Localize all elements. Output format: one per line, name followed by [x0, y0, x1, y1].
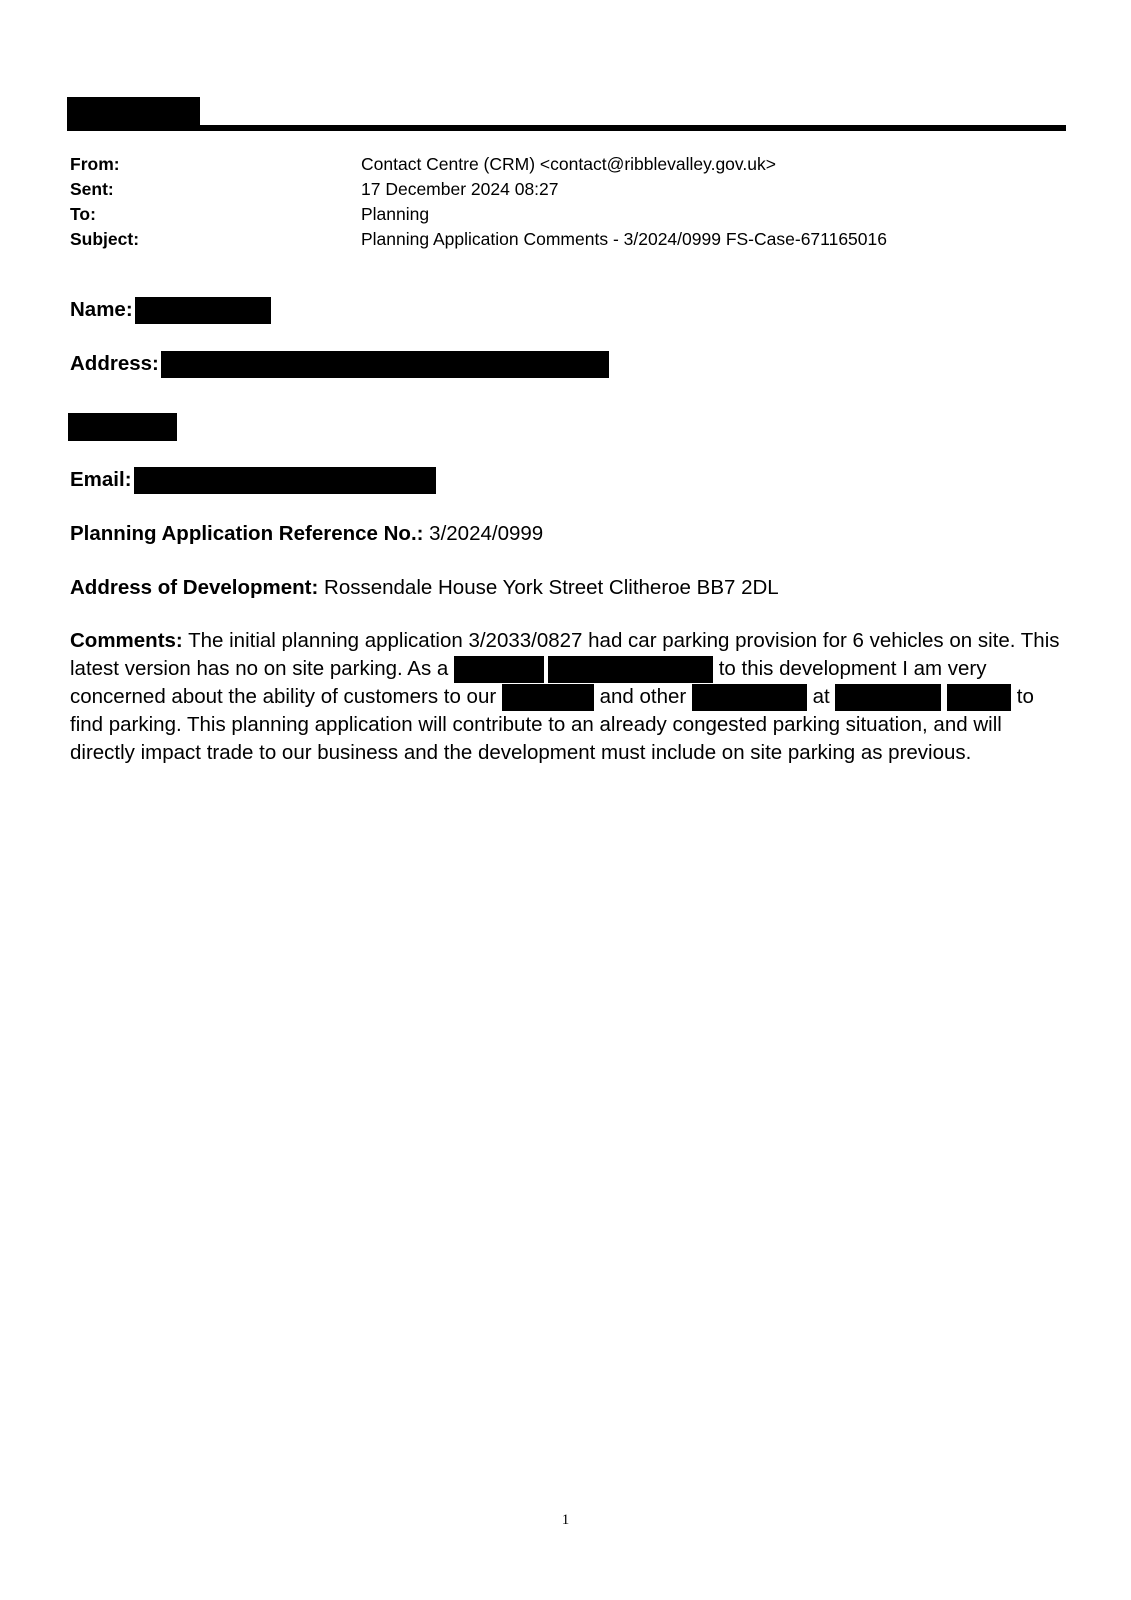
comments-text-4: at — [807, 685, 836, 708]
redacted-email — [134, 467, 436, 494]
redacted-header-block — [67, 97, 200, 127]
comments-field: Comments: The initial planning applicati… — [70, 627, 1060, 767]
address-field: Address: — [70, 350, 609, 378]
redacted-comment-5 — [835, 684, 941, 711]
reference-label: Planning Application Reference No.: — [70, 522, 423, 545]
redacted-address — [161, 351, 609, 378]
comments-text-3: and other — [594, 685, 692, 708]
name-label: Name: — [70, 298, 133, 321]
reference-value: 3/2024/0999 — [423, 522, 543, 545]
address-label: Address: — [70, 352, 159, 375]
name-field: Name: — [70, 296, 271, 324]
header-rule — [67, 125, 1066, 131]
development-value: Rossendale House York Street Clitheroe B… — [318, 576, 778, 599]
email-field: Email: — [70, 466, 436, 494]
redacted-address-line-2 — [68, 413, 177, 441]
redacted-name — [135, 297, 271, 324]
page-number: 1 — [0, 1512, 1131, 1529]
sent-value: 17 December 2024 08:27 — [361, 177, 559, 202]
reference-field: Planning Application Reference No.: 3/20… — [70, 520, 543, 548]
redacted-comment-2 — [548, 656, 713, 683]
redacted-comment-4 — [692, 684, 807, 711]
subject-label: Subject: — [70, 227, 361, 252]
subject-value: Planning Application Comments - 3/2024/0… — [361, 227, 887, 252]
subject-row: Subject: Planning Application Comments -… — [70, 227, 887, 252]
redacted-comment-3 — [502, 684, 594, 711]
from-label: From: — [70, 152, 361, 177]
comments-label: Comments: — [70, 629, 183, 652]
from-row: From: Contact Centre (CRM) <contact@ribb… — [70, 152, 887, 177]
to-value: Planning — [361, 202, 429, 227]
email-label: Email: — [70, 468, 132, 491]
redacted-comment-6 — [947, 684, 1011, 711]
sent-row: Sent: 17 December 2024 08:27 — [70, 177, 887, 202]
email-header: From: Contact Centre (CRM) <contact@ribb… — [70, 152, 887, 252]
to-label: To: — [70, 202, 361, 227]
development-label: Address of Development: — [70, 576, 318, 599]
sent-label: Sent: — [70, 177, 361, 202]
redacted-comment-1 — [454, 656, 544, 683]
from-value: Contact Centre (CRM) <contact@ribblevall… — [361, 152, 776, 177]
development-address-field: Address of Development: Rossendale House… — [70, 574, 779, 602]
to-row: To: Planning — [70, 202, 887, 227]
